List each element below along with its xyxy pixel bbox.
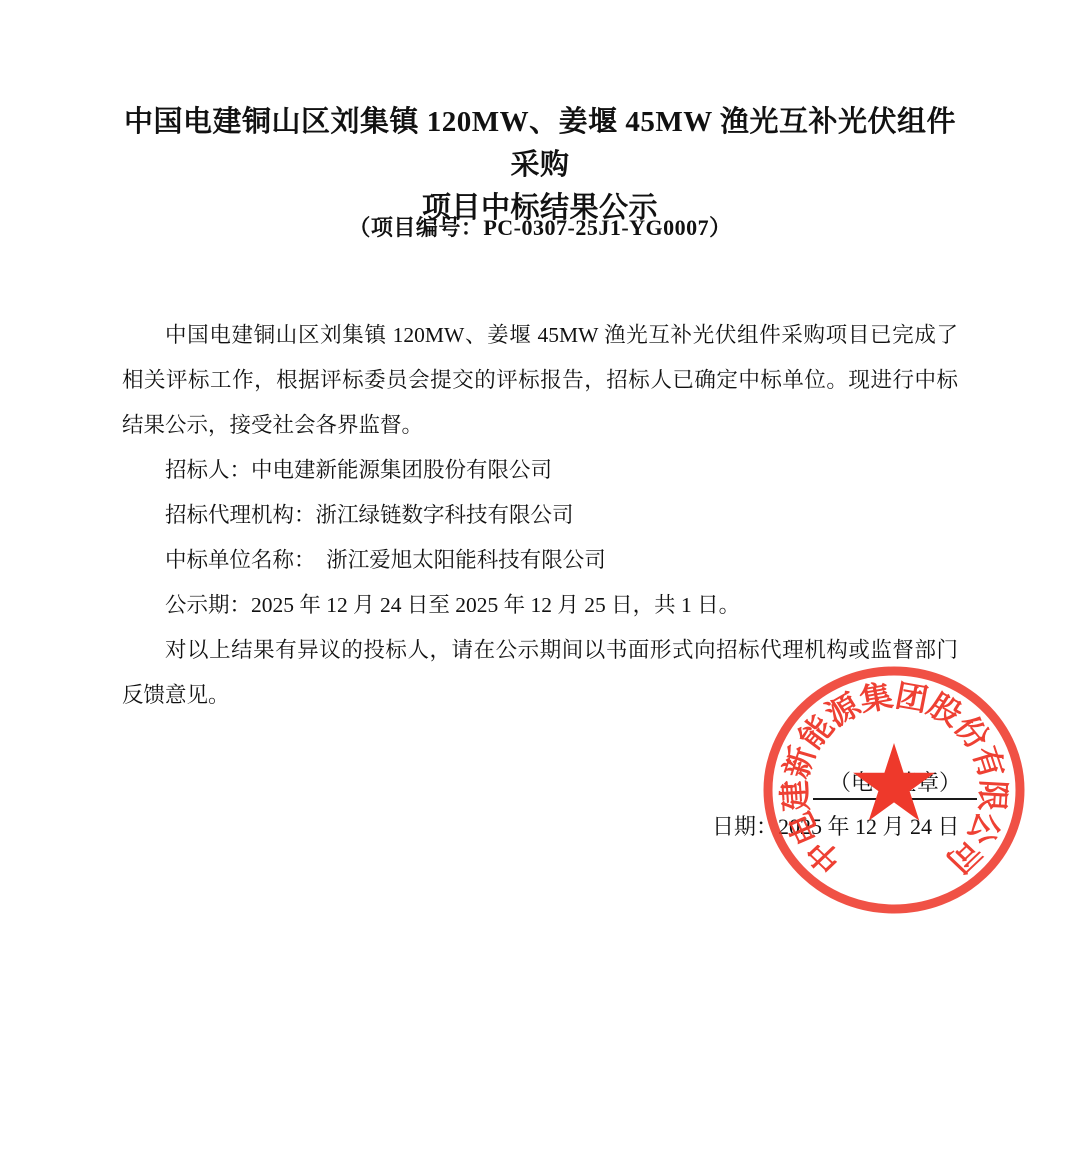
document-page: 中国电建铜山区刘集镇 120MW、姜堰 45MW 渔光互补光伏组件采购 项目中标… (0, 0, 1080, 1163)
agency-line: 招标代理机构：浙江绿链数字科技有限公司 (122, 493, 958, 538)
paragraph-intro: 中国电建铜山区刘集镇 120MW、姜堰 45MW 渔光互补光伏组件采购项目已完成… (122, 313, 958, 448)
company-seal-stamp: 中电建新能源集团股份有限公司 (758, 661, 1030, 919)
seal-character: 建 (776, 779, 815, 812)
seal-character: 限 (973, 779, 1012, 812)
winner-line: 中标单位名称： 浙江爱旭太阳能科技有限公司 (122, 538, 958, 583)
document-title-line1: 中国电建铜山区刘集镇 120MW、姜堰 45MW 渔光互补光伏组件采购 (122, 101, 958, 187)
project-number: （项目编号：PC-0307-25J1-YG0007） (0, 211, 1080, 242)
company-seal-svg: 中电建新能源集团股份有限公司 (758, 661, 1030, 919)
seal-character: 集 (857, 678, 896, 718)
tenderer-line: 招标人：中电建新能源集团股份有限公司 (122, 448, 958, 493)
seal-star-icon (853, 743, 935, 821)
document-body: 中国电建铜山区刘集镇 120MW、姜堰 45MW 渔光互补光伏组件采购项目已完成… (122, 313, 958, 718)
publicity-period-line: 公示期：2025 年 12 月 24 日至 2025 年 12 月 25 日，共… (122, 583, 958, 628)
